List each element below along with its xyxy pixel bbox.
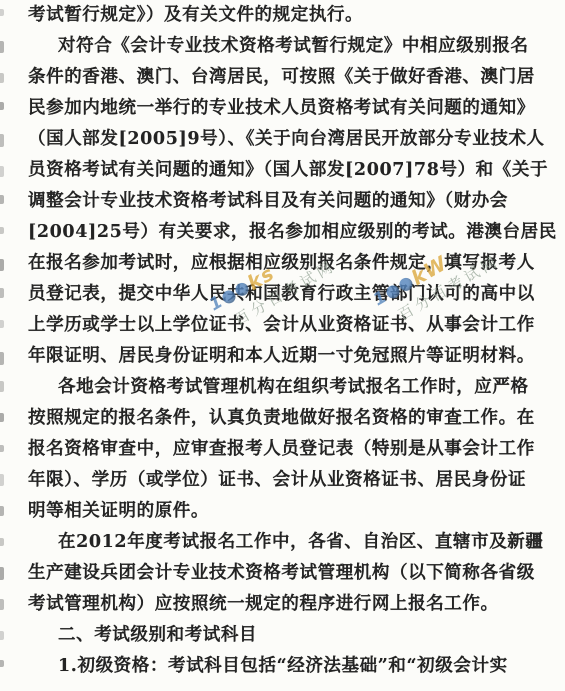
text-line: 员登记表，提交中华人民共和国教育行政主管部门认可的高中以: [28, 279, 540, 310]
scan-edge-tick: [0, 567, 4, 580]
scan-edge-tick: [0, 506, 4, 516]
text-line: 条件的香港、澳门、台湾居民，可按照《关于做好香港、澳门居: [28, 62, 540, 93]
scan-edge-tick: [0, 320, 4, 328]
scan-edge-tick: [0, 41, 4, 53]
scan-edge-tick: [0, 195, 4, 204]
text-line: 按照规定的报名条件，认真负责地做好报名资格的审查工作。在: [28, 403, 540, 434]
text-line: 1.初级资格：考试科目包括“经济法基础”和“初级会计实: [28, 651, 540, 682]
text-line: 各地会计资格考试管理机构在组织考试报名工作时，应严格: [28, 372, 540, 403]
text-line: 年限证明、居民身份证明和本人近期一寸免冠照片等证明材料。: [28, 341, 540, 372]
text-line: 年限）、学历（或学位）证书、会计从业资格证书、居民身份证: [28, 465, 540, 496]
scan-edge-tick: [0, 102, 4, 110]
text-line: 在2012年度考试报名工作中，各省、自治区、直辖市及新疆: [28, 527, 540, 558]
scan-edge-tick: [0, 73, 4, 83]
scan-edge-tick: [0, 352, 4, 365]
text-line: 在报名参加考试时，应根据相应级别报名条件规定，填写报考人: [28, 248, 540, 279]
text-line: 生产建设兵团会计专业技术资格考试管理机构（以下简称各省级: [28, 558, 540, 589]
scan-edge-tick: [0, 9, 4, 16]
text-line: 调整会计专业技术资格考试科目及有关问题的通知》（财办会: [28, 186, 540, 217]
text-line: 上学历或学士以上学位证书、会计从业资格证书、从事会计工作: [28, 310, 540, 341]
text-line: 报名资格审查中，应审查报考人员登记表（特别是从事会计工作: [28, 434, 540, 465]
scan-edge-tick: [0, 413, 4, 422]
scan-edge-tick: [0, 381, 4, 392]
scan-edge-tick: [0, 660, 4, 667]
scan-edge-tick: [0, 166, 4, 177]
text-line: 考试暂行规定》）及有关文件的规定执行。: [28, 0, 540, 31]
section-heading: 二、考试级别和考试科目: [28, 620, 540, 651]
text-line: 明等相关证明的原件。: [28, 496, 540, 527]
text-line: （国人部发[2005]9号）、《关于向台湾居民开放部分专业技术人: [28, 124, 540, 155]
text-line: [2004]25号）有关要求，报名参加相应级别的考试。港澳台居民: [28, 217, 540, 248]
text-line: 考试管理机构）应按照统一规定的程序进行网上报名工作。: [28, 589, 540, 620]
text-line: 对符合《会计专业技术资格考试暂行规定》中相应级别报名: [28, 31, 540, 62]
scan-edge-tick: [0, 259, 4, 271]
scan-edge-tick: [0, 227, 4, 234]
scan-edge-tick: [0, 538, 4, 546]
scan-edge-tick: [0, 474, 4, 486]
scan-edge-tick: [0, 445, 4, 452]
scan-edge-tick: [0, 134, 4, 147]
text-line: 员资格考试有关问题的通知》（国人部发[2007]78号）和《关于: [28, 155, 540, 186]
scanned-document-page: 考试暂行规定》）及有关文件的规定执行。对符合《会计专业技术资格考试暂行规定》中相…: [0, 0, 565, 691]
scan-edge-tick: [0, 631, 4, 640]
document-body-text: 考试暂行规定》）及有关文件的规定执行。对符合《会计专业技术资格考试暂行规定》中相…: [28, 0, 540, 682]
text-line: 民参加内地统一举行的专业技术人员资格考试有关问题的通知》: [28, 93, 540, 124]
scan-edge-tick: [0, 288, 4, 298]
scan-edge-tick: [0, 599, 4, 610]
